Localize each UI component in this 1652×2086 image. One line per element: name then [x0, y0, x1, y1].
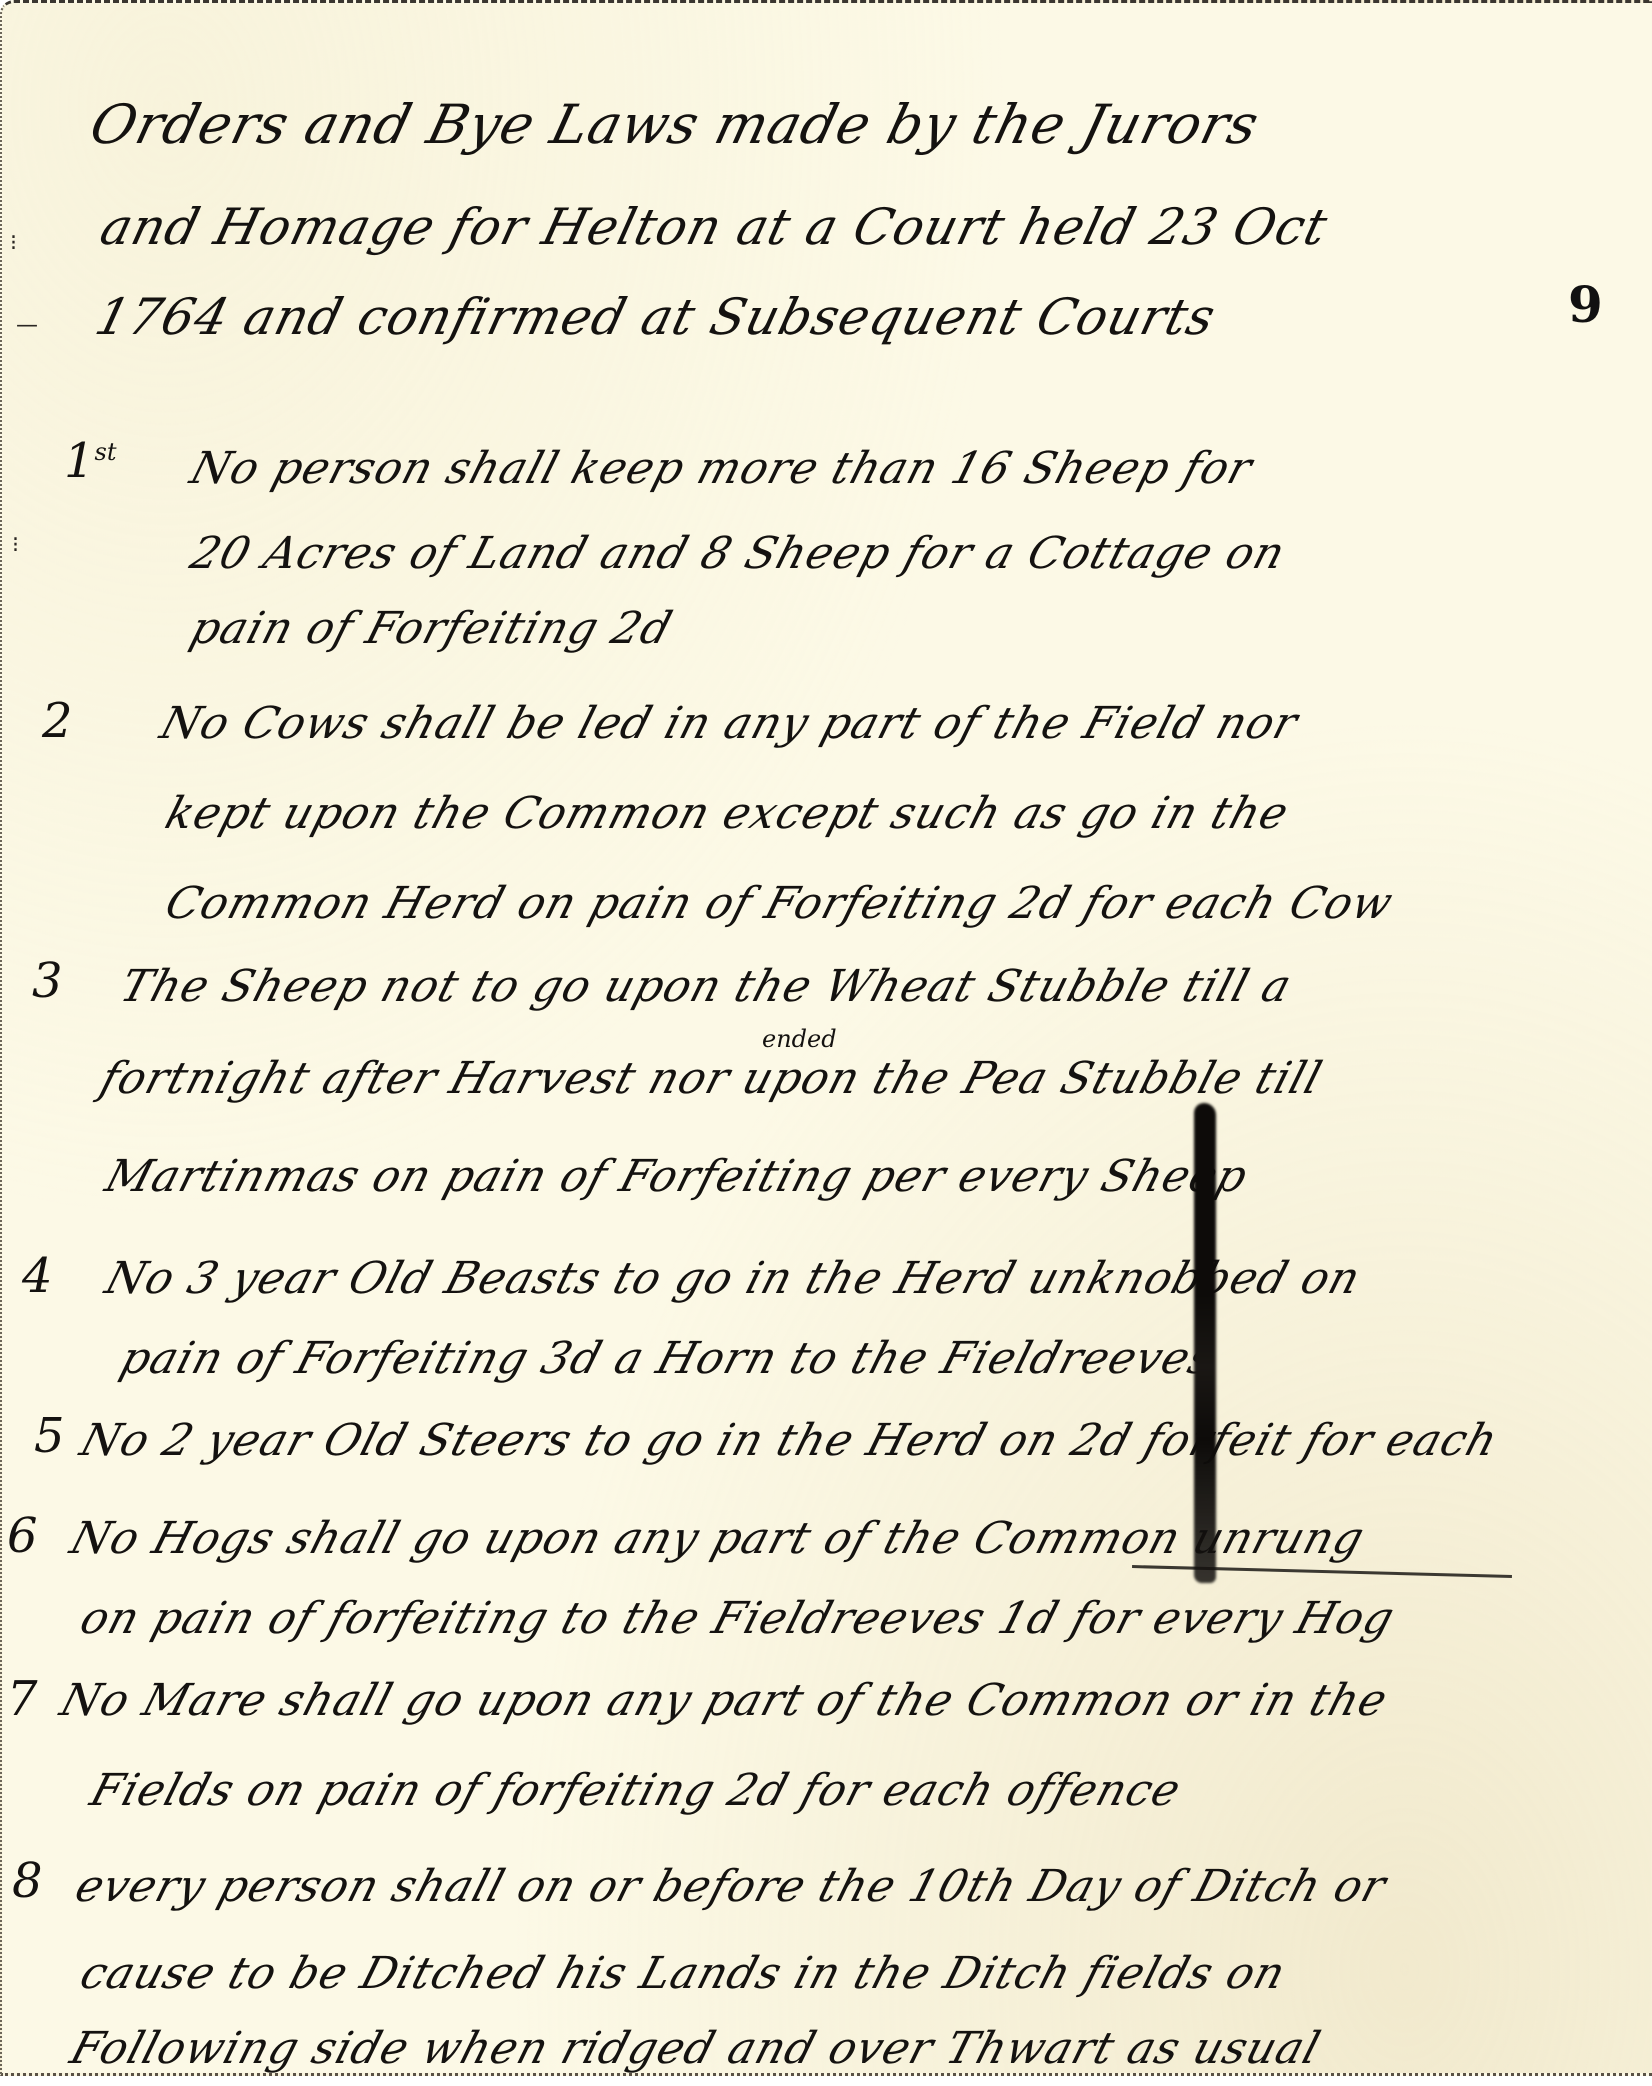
item-number: 3 — [32, 953, 63, 1009]
item-8-line-2: cause to be Ditched his Lands in the Dit… — [75, 1948, 1292, 1999]
item-3-line-3: Martinmas on pain of Forfeiting per ever… — [100, 1151, 1254, 1202]
item-1-line-1: No person shall keep more than 16 Sheep … — [185, 443, 1259, 494]
item-6-line-2: on pain of forfeiting to the Fieldreeves… — [75, 1593, 1401, 1644]
item-2-line-3: Common Herd on pain of Forfeiting 2d for… — [160, 878, 1399, 929]
item-1-line-2: 20 Acres of Land and 8 Sheep for a Cotta… — [185, 528, 1292, 579]
item-8-line-1: every person shall on or before the 10th… — [70, 1861, 1392, 1912]
margin-mark: ⁝ — [12, 533, 19, 558]
interlinear-insert: ended — [762, 1025, 837, 1053]
item-number: 1st — [64, 433, 117, 489]
item-8-line-3: Following side when ridged and over Thwa… — [65, 2023, 1327, 2074]
item-number: 4 — [22, 1248, 53, 1304]
item-4-line-2: pain of Forfeiting 3d a Horn to the Fiel… — [115, 1333, 1221, 1384]
item-1-line-3: pain of Forfeiting 2d — [185, 603, 679, 654]
item-number: 2 — [42, 693, 73, 749]
manuscript-page: 9 ⁝ — ⁝ Orders and Bye Laws made by the … — [0, 0, 1652, 2076]
item-4-line-1: No 3 year Old Beasts to go in the Herd u… — [100, 1253, 1367, 1304]
ink-blot — [1194, 1103, 1216, 1583]
item-6-line-1: No Hogs shall go upon any part of the Co… — [65, 1513, 1371, 1564]
item-2-line-1: No Cows shall be led in any part of the … — [155, 698, 1304, 749]
strike-underline — [1132, 1565, 1512, 1578]
item-7-line-1: No Mare shall go upon any part of the Co… — [55, 1675, 1394, 1726]
folio-mark: 9 — [1568, 275, 1603, 334]
item-number: 7 — [7, 1671, 38, 1727]
item-5-line-1: No 2 year Old Steers to go in the Herd o… — [75, 1415, 1504, 1466]
margin-mark: — — [16, 313, 38, 338]
heading-line-3: 1764 and confirmed at Subsequent Courts — [90, 288, 1222, 346]
item-2-line-2: kept upon the Common except such as go i… — [160, 788, 1295, 839]
item-7-line-2: Fields on pain of forfeiting 2d for each… — [85, 1765, 1187, 1816]
item-number: 6 — [7, 1508, 38, 1564]
item-3-line-2: fortnight after Harvest nor upon the Pea… — [95, 1053, 1328, 1104]
item-3-line-1: The Sheep not to go upon the Wheat Stubb… — [115, 961, 1298, 1012]
heading-line-2: and Homage for Helton at a Court held 23… — [95, 198, 1334, 256]
item-number: 8 — [12, 1853, 43, 1909]
item-number: 5 — [34, 1408, 65, 1464]
heading-line-1: Orders and Bye Laws made by the Jurors — [84, 93, 1265, 156]
margin-mark: ⁝ — [10, 231, 17, 256]
